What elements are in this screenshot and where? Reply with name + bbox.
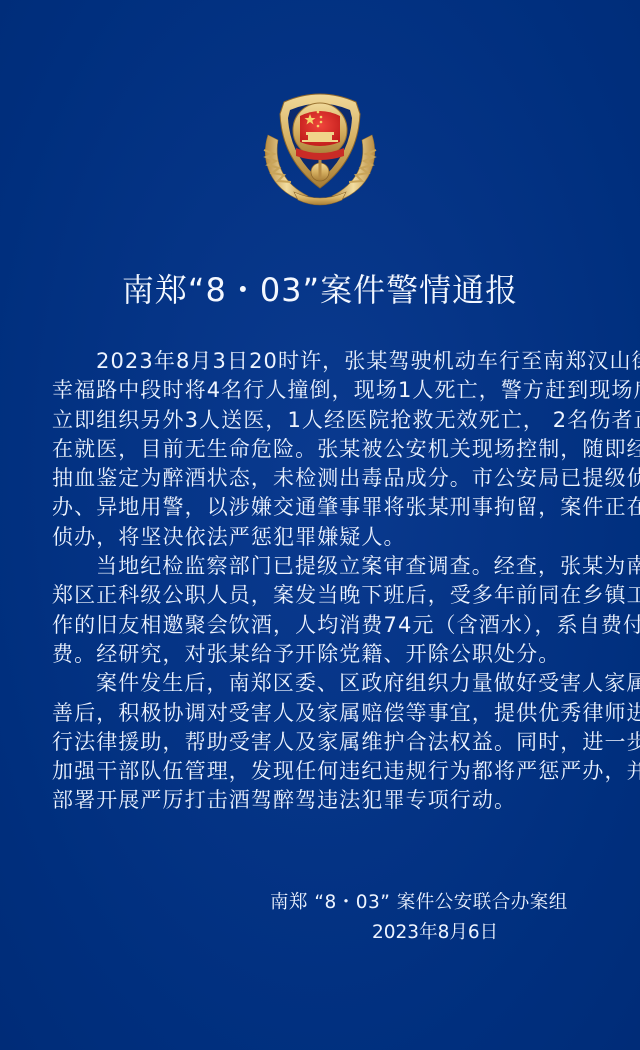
text-line: 善后，积极协调对受害人及家属赔偿等事宜，提供优秀律师进 <box>52 699 592 728</box>
text-line: 案件发生后，南郑区委、区政府组织力量做好受害人家属 <box>52 669 592 698</box>
police-notice-page: 南郑“8・03”案件警情通报 2023年8月3日20时许，张某驾驶机动车行至南郑… <box>0 0 640 1050</box>
text-line: 行法律援助，帮助受害人及家属维护合法权益。同时，进一步 <box>52 728 592 757</box>
signature-block: 南郑 “8・03” 案件公安联合办案组 2023年8月6日 <box>270 888 610 948</box>
text-line: 部署开展严厉打击酒驾醉驾违法犯罪专项行动。 <box>52 786 592 815</box>
text-line: 郑区正科级公职人员，案发当晚下班后，受多年前同在乡镇工 <box>52 581 592 610</box>
notice-title: 南郑“8・03”案件警情通报 <box>0 265 640 315</box>
text-line: 作的旧友相邀聚会饮酒，人均消费74元（含酒水），系自费付 <box>52 611 592 640</box>
text-line: 加强干部队伍管理，发现任何违纪违规行为都将严惩严办，并 <box>52 757 592 786</box>
text-line: 抽血鉴定为醉酒状态，未检测出毒品成分。市公安局已提级侦 <box>52 464 592 493</box>
text-line: 当地纪检监察部门已提级立案审查调查。经查，张某为南 <box>52 552 592 581</box>
text-line: 费。经研究，对张某给予开除党籍、开除公职处分。 <box>52 640 592 669</box>
issuing-organization: 南郑 “8・03” 案件公安联合办案组 <box>270 888 610 918</box>
police-badge-emblem-icon <box>250 80 390 220</box>
paragraph-discipline: 当地纪检监察部门已提级立案审查调查。经查，张某为南 郑区正科级公职人员，案发当晚… <box>52 552 592 669</box>
text-line: 侦办，将坚决依法严惩犯罪嫌疑人。 <box>52 523 592 552</box>
text-line: 办、异地用警，以涉嫌交通肇事罪将张某刑事拘留，案件正在 <box>52 493 592 522</box>
text-line: 幸福路中段时将4名行人撞倒，现场1人死亡，警方赶到现场后 <box>52 376 592 405</box>
text-line: 2023年8月3日20时许，张某驾驶机动车行至南郑汉山街道 <box>52 347 592 376</box>
paragraph-incident: 2023年8月3日20时许，张某驾驶机动车行至南郑汉山街道 幸福路中段时将4名行… <box>52 347 592 552</box>
issue-date: 2023年8月6日 <box>270 918 610 948</box>
text-line: 立即组织另外3人送医，1人经医院抢救无效死亡， 2名伤者正 <box>52 406 592 435</box>
paragraph-aftermath: 案件发生后，南郑区委、区政府组织力量做好受害人家属 善后，积极协调对受害人及家属… <box>52 669 592 815</box>
notice-body: 2023年8月3日20时许，张某驾驶机动车行至南郑汉山街道 幸福路中段时将4名行… <box>52 347 592 816</box>
text-line: 在就医，目前无生命危险。张某被公安机关现场控制，随即经 <box>52 435 592 464</box>
